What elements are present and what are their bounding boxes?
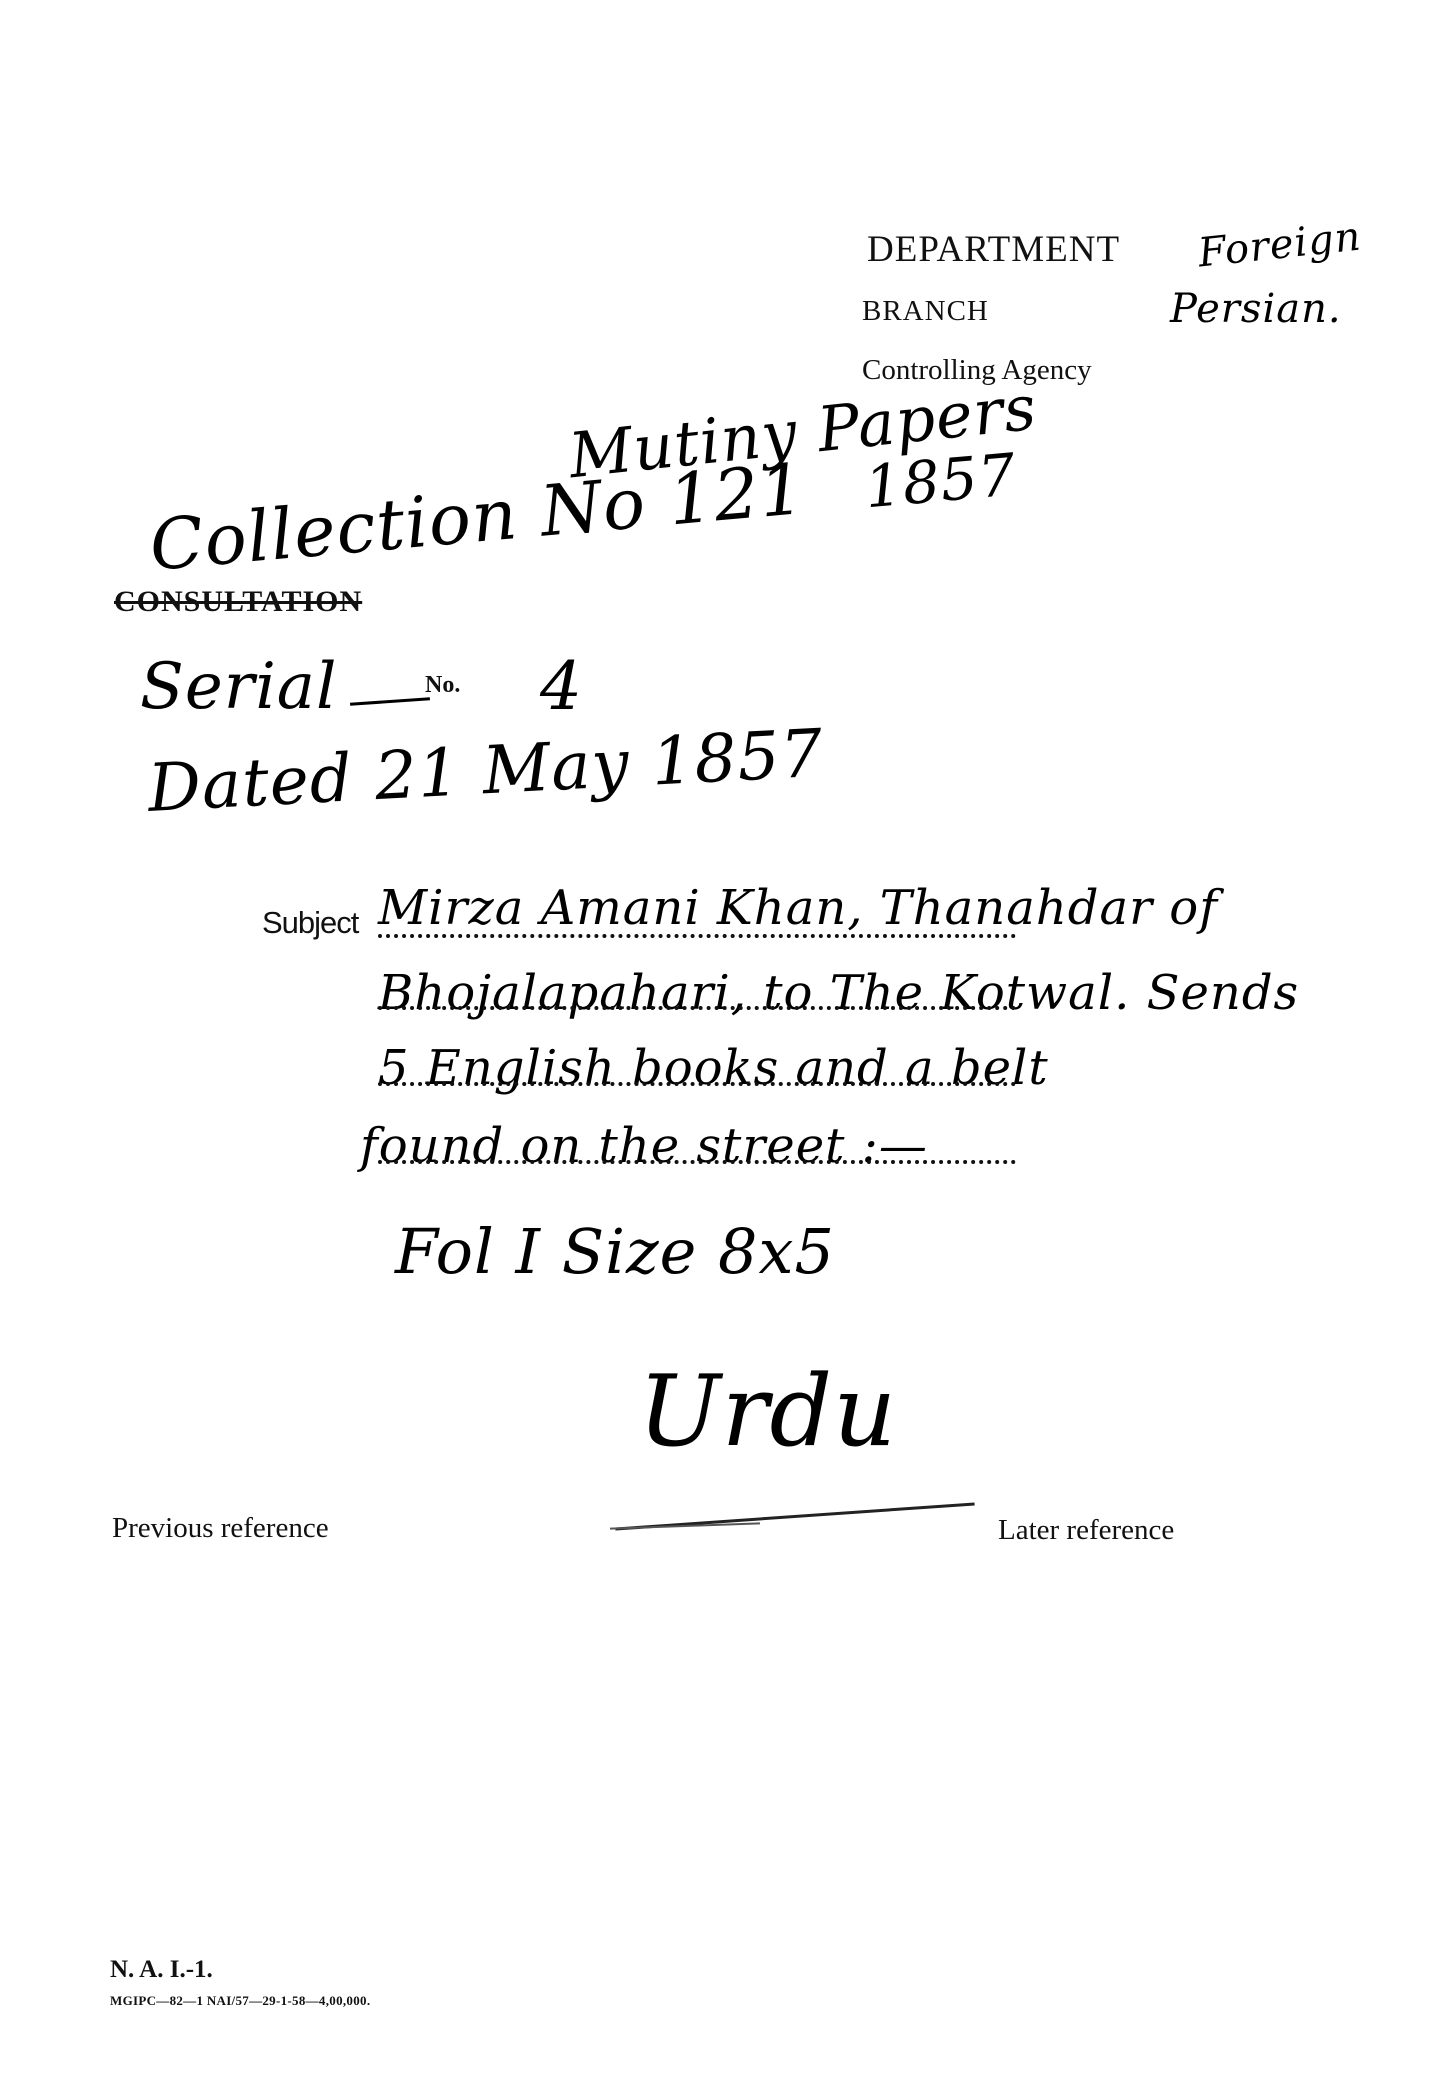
subject-dotted-line-3 — [378, 1082, 1016, 1086]
language-note: Urdu — [638, 1355, 897, 1469]
collection-text: Collection No 121 — [146, 448, 808, 587]
subject-dotted-line-1 — [378, 934, 1016, 938]
subject-label: Subject — [262, 905, 358, 941]
branch-value: Persian. — [1170, 286, 1342, 332]
department-value: Foreign — [1196, 214, 1364, 277]
serial-text: Serial — [140, 650, 337, 724]
consultation-label-struck: CONSULTATION — [114, 585, 362, 619]
serial-no-label: No. — [425, 672, 460, 699]
subject-dotted-line-4 — [378, 1160, 1016, 1164]
subject-dotted-line-2 — [378, 1006, 1016, 1010]
subject-line-3: 5 English books and a belt — [378, 1040, 1049, 1096]
serial-value: 4 — [540, 648, 583, 725]
subject-line-1: Mirza Amani Khan, Thanahdar of — [378, 880, 1218, 936]
collection-year: 1857 — [862, 440, 1019, 521]
serial-underline — [350, 697, 430, 706]
form-code: N. A. I.-1. — [110, 1956, 213, 1984]
department-label: DEPARTMENT — [867, 228, 1120, 271]
folio-size-note: Fol I Size 8x5 — [395, 1215, 835, 1288]
later-reference-label: Later reference — [998, 1514, 1174, 1547]
subject-line-2: Bhojalapahari, to The Kotwal. Sends — [378, 965, 1299, 1021]
print-code: MGIPC—82—1 NAI/57—29-1-58—4,00,000. — [110, 1993, 370, 2009]
dated-text: Dated 21 May 1857 — [146, 715, 825, 827]
subject-line-4: found on the street :— — [360, 1118, 928, 1174]
branch-label: BRANCH — [862, 295, 989, 328]
previous-reference-label: Previous reference — [112, 1512, 329, 1545]
